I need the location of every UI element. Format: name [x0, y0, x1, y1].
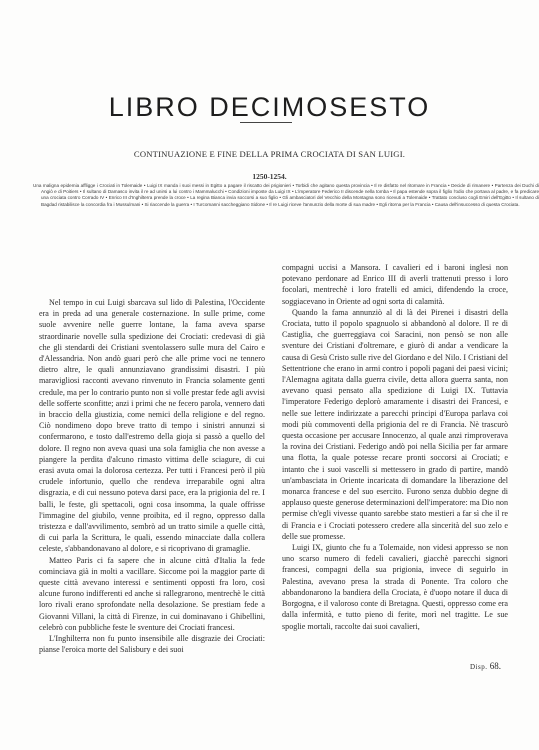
- signature-number: 68.: [490, 661, 501, 671]
- body-column-right: compagni uccisi a Mansora. I cavalieri e…: [282, 262, 508, 632]
- paragraph: Quando la fama annunziò al di là dei Pir…: [282, 307, 508, 542]
- book-page: LIBRO DECIMOSESTO CONTINUAZIONE E FINE D…: [0, 0, 539, 750]
- paragraph: Nel tempo in cui Luigi sbarcava sul lido…: [39, 297, 265, 555]
- chapter-summary: Una maligna epidemia affligge i Crociati…: [33, 183, 539, 208]
- body-column-left: Nel tempo in cui Luigi sbarcava sul lido…: [39, 297, 265, 656]
- paragraph: Luigi IX, giunto che fu a Tolemaide, non…: [282, 542, 508, 632]
- chapter-dates: 1250-1254.: [0, 172, 539, 181]
- paragraph: L'Inghilterra non fu punto insensibile a…: [39, 633, 265, 655]
- signature-mark: Disp. 68.: [470, 661, 501, 671]
- title-divider: [240, 122, 292, 123]
- chapter-subtitle: CONTINUAZIONE E FINE DELLA PRIMA CROCIAT…: [0, 149, 539, 159]
- paragraph: compagni uccisi a Mansora. I cavalieri e…: [282, 262, 508, 307]
- paragraph: Matteo Paris ci fa sapere che in alcune …: [39, 555, 265, 633]
- signature-label: Disp.: [470, 663, 487, 671]
- book-title: LIBRO DECIMOSESTO: [0, 92, 539, 123]
